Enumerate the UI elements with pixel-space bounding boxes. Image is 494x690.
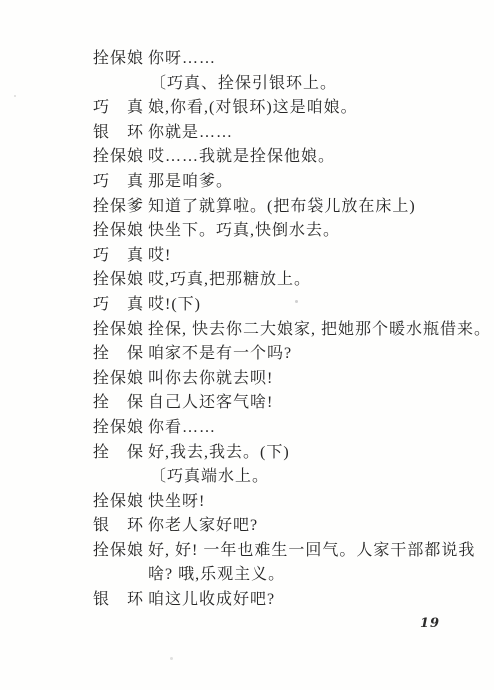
speaker-name: 拴保娘 xyxy=(93,268,148,293)
dialogue-text: 知道了就算啦。(把布袋儿放在床上) xyxy=(148,195,416,220)
speaker-name: 巧 真 xyxy=(93,244,148,269)
speaker-name: 拴保爹 xyxy=(93,195,148,220)
speaker-name: 拴 保 xyxy=(93,342,148,367)
script-line: 银 环你就是…… xyxy=(0,121,494,146)
script-line: 拴保娘你看…… xyxy=(0,416,494,441)
dialogue-text: 快坐下。巧真,快倒水去。 xyxy=(148,219,340,244)
script-body: 拴保娘你呀…… 〔巧真、拴保引银环上。 巧 真娘,你看,(对银环)这是咱娘。 银… xyxy=(0,47,494,613)
page-number: 19 xyxy=(420,616,440,631)
speaker-name: 银 环 xyxy=(93,588,148,613)
script-line: 拴保娘哎,巧真,把那糖放上。 xyxy=(0,268,494,293)
speaker-name: 拴保娘 xyxy=(93,318,148,343)
dialogue-text: 叫你去你就去呗! xyxy=(148,367,273,392)
speaker-name: 巧 真 xyxy=(93,96,148,121)
speaker-name: 拴保娘 xyxy=(93,539,148,564)
script-line: 巧 真娘,你看,(对银环)这是咱娘。 xyxy=(0,96,494,121)
script-line: 拴 保自己人还客气啥! xyxy=(0,391,494,416)
speaker-name: 拴 保 xyxy=(93,441,148,466)
script-line: 拴保娘好, 好! 一年也难生一回气。人家干部都说我 xyxy=(0,539,494,564)
scanned-script-page: 拴保娘你呀…… 〔巧真、拴保引银环上。 巧 真娘,你看,(对银环)这是咱娘。 银… xyxy=(0,0,494,690)
dialogue-text: 你看…… xyxy=(148,416,216,441)
script-line: 巧 真哎! xyxy=(0,244,494,269)
speaker-name: 拴保娘 xyxy=(93,490,148,515)
stage-direction: 〔巧真、拴保引银环上。 xyxy=(0,72,494,97)
script-line: 银 环你老人家好吧? xyxy=(0,514,494,539)
dialogue-text: 娘,你看,(对银环)这是咱娘。 xyxy=(148,96,358,121)
dialogue-text: 你就是…… xyxy=(148,121,233,146)
script-line: 拴 保好,我去,我去。(下) xyxy=(0,441,494,466)
speaker-name: 拴保娘 xyxy=(93,416,148,441)
script-line: 拴 保咱家不是有一个吗? xyxy=(0,342,494,367)
dialogue-text: 好, 好! 一年也难生一回气。人家干部都说我 xyxy=(148,539,475,564)
speaker-name: 银 环 xyxy=(93,121,148,146)
dialogue-text: 〔巧真、拴保引银环上。 xyxy=(150,72,337,97)
script-line: 巧 真那是咱爹。 xyxy=(0,170,494,195)
script-line: 拴保娘拴保, 快去你二大娘家, 把她那个暖水瓶借来。 xyxy=(0,318,494,343)
script-line: 拴保娘叫你去你就去呗! xyxy=(0,367,494,392)
dialogue-text: 你老人家好吧? xyxy=(148,514,258,539)
script-line: 巧 真哎!(下) xyxy=(0,293,494,318)
dialogue-text: 哎,巧真,把那糖放上。 xyxy=(148,268,311,293)
dialogue-text: 啥? 哦,乐观主义。 xyxy=(148,563,285,588)
scan-speck xyxy=(295,300,298,303)
dialogue-text: 你呀…… xyxy=(148,47,216,72)
dialogue-text: 好,我去,我去。(下) xyxy=(148,441,290,466)
dialogue-text: 哎……我就是拴保他娘。 xyxy=(148,145,335,170)
speaker-name: 巧 真 xyxy=(93,293,148,318)
script-line: 拴保爹知道了就算啦。(把布袋儿放在床上) xyxy=(0,195,494,220)
script-line: 拴保娘快坐呀! xyxy=(0,490,494,515)
dialogue-text: 哎! xyxy=(148,244,171,269)
script-line: 银 环咱这儿收成好吧? xyxy=(0,588,494,613)
scan-speck xyxy=(170,657,173,660)
dialogue-text: 那是咱爹。 xyxy=(148,170,233,195)
dialogue-text: 咱家不是有一个吗? xyxy=(148,342,292,367)
script-line: 拴保娘快坐下。巧真,快倒水去。 xyxy=(0,219,494,244)
dialogue-continuation: 啥? 哦,乐观主义。 xyxy=(0,563,494,588)
speaker-name: 拴保娘 xyxy=(93,47,148,72)
dialogue-text: 咱这儿收成好吧? xyxy=(148,588,275,613)
speaker-name: 拴保娘 xyxy=(93,145,148,170)
dialogue-text: 拴保, 快去你二大娘家, 把她那个暖水瓶借来。 xyxy=(148,318,491,343)
dialogue-text: 自己人还客气啥! xyxy=(148,391,273,416)
stage-direction: 〔巧真端水上。 xyxy=(0,465,494,490)
dialogue-text: 哎!(下) xyxy=(148,293,201,318)
script-line: 拴保娘哎……我就是拴保他娘。 xyxy=(0,145,494,170)
dialogue-text: 快坐呀! xyxy=(148,490,205,515)
dialogue-text: 〔巧真端水上。 xyxy=(150,465,269,490)
script-line: 拴保娘你呀…… xyxy=(0,47,494,72)
speaker-name: 银 环 xyxy=(93,514,148,539)
speaker-name: 拴 保 xyxy=(93,391,148,416)
scan-speck xyxy=(14,95,16,97)
speaker-name: 拴保娘 xyxy=(93,219,148,244)
speaker-name: 拴保娘 xyxy=(93,367,148,392)
speaker-name: 巧 真 xyxy=(93,170,148,195)
